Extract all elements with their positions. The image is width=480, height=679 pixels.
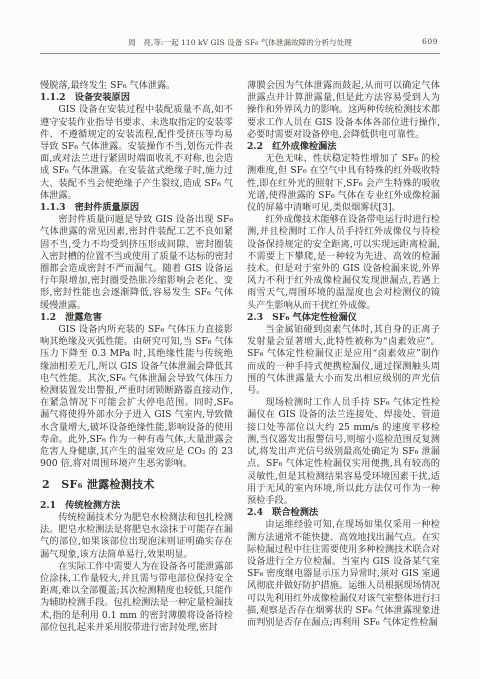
section-heading: 1.2 泄露危害 bbox=[40, 312, 233, 324]
paragraph: 现场检测时工作人员手持 SF₆ 气体定性检漏仪在 GIS 设备的法兰连接处、焊接… bbox=[247, 397, 440, 507]
paragraph: 由运维经验可知,在现场如果仅采用一种检测方法通常不能快捷、高效地找出漏气点。在实… bbox=[247, 519, 440, 629]
running-head: 周 亮,等:一起 110 kV GIS 设备 SF₆ 气体泄漏故障的分析与处理 … bbox=[40, 37, 440, 49]
paper-page: 周 亮,等:一起 110 kV GIS 设备 SF₆ 气体泄漏故障的分析与处理 … bbox=[0, 0, 480, 679]
paragraph: 红外成像技术能够在设备带电运行时进行检测,并且检测时工作人员手持红外成像仪与待检… bbox=[247, 214, 440, 312]
section-heading: 2.1 传统检测方法 bbox=[40, 500, 233, 512]
right-column: 薄膜会因为气体泄露而鼓起,从而可以确定气体泄露点并计算泄露量,但是此方法容易受到… bbox=[247, 80, 440, 634]
left-column: 慢脱落,最终发生 SF₆ 气体泄露。1.1.2 设备安装原因GIS 设备在安装过… bbox=[40, 80, 233, 634]
paragraph: 密封件质量问题是导致 GIS 设备出现 SF₆ 气体泄露的常见因素,密封件装配工… bbox=[40, 214, 233, 312]
section-heading: 2.4 联合检测法 bbox=[247, 507, 440, 519]
paragraph: 慢脱落,最终发生 SF₆ 气体泄露。 bbox=[40, 80, 233, 92]
paragraph: GIS 设备内所充装的 SF₆ 气体压力直接影响其绝缘及灭弧性能。由研究可知,当… bbox=[40, 324, 233, 470]
section-heading: 2.3 SF₆ 气体定性检漏仪 bbox=[247, 312, 440, 324]
page-number: 609 bbox=[422, 37, 438, 46]
text-columns: 慢脱落,最终发生 SF₆ 气体泄露。1.1.2 设备安装原因GIS 设备在安装过… bbox=[40, 80, 440, 634]
section-heading: 1.1.2 设备安装原因 bbox=[40, 92, 233, 104]
section-heading: 2 SF₆ 泄露检测技术 bbox=[42, 479, 233, 491]
header-rule bbox=[40, 53, 440, 54]
section-heading: 2.2 红外成像检漏法 bbox=[247, 141, 440, 153]
paragraph: 薄膜会因为气体泄露而鼓起,从而可以确定气体泄露点并计算泄露量,但是此方法容易受到… bbox=[247, 80, 440, 141]
paragraph: 当金属铂碰到卤素气体时,其自身的正离子发射量会显著增大,此特性被称为“卤素效应”… bbox=[247, 324, 440, 397]
paragraph: 无色无味、性状稳定特性增加了 SF₆ 的检测难度,但 SF₆ 在空气中具有特殊的… bbox=[247, 153, 440, 214]
running-title: 周 亮,等:一起 110 kV GIS 设备 SF₆ 气体泄漏故障的分析与处理 bbox=[40, 37, 440, 48]
paragraph: GIS 设备在安装过程中装配质量不高,如不遵守安装作业指导书要求、未选取指定的安… bbox=[40, 104, 233, 202]
section-heading: 1.1.3 密封件质量原因 bbox=[40, 202, 233, 214]
paragraph: 传统检漏技术分为肥皂水检测法和包扎检测法。肥皂水检测法是将肥皂水涂抹于可能存在漏… bbox=[40, 512, 233, 561]
paragraph: 在实际工作中需要人为在设备各可能泄露部位涂抹,工作量较大,并且需与带电部位保持安… bbox=[40, 561, 233, 634]
